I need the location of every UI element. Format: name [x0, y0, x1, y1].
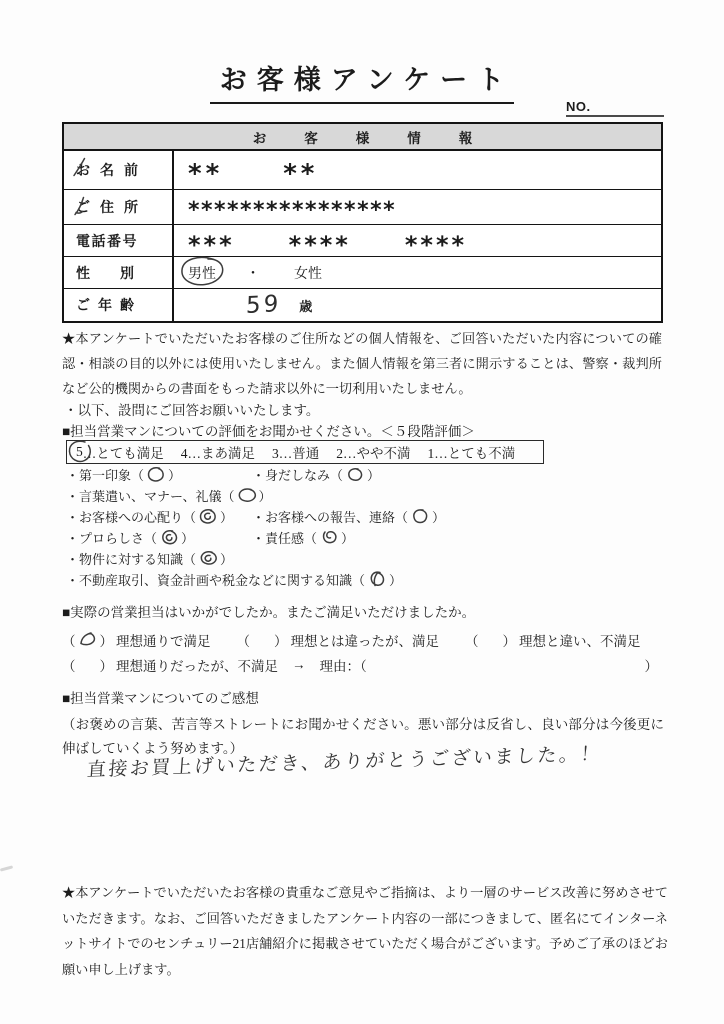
phone-label-cell: 電話番号	[64, 225, 174, 256]
question-row: ・プロらしさ （） ・責任感 （）	[66, 527, 445, 548]
paren-close: ）	[181, 528, 194, 547]
scribble-mark-icon	[343, 466, 367, 484]
phone-value-cell: *** **** ****	[174, 225, 661, 256]
age-label-cell: ご年齢	[64, 289, 174, 321]
scanned-survey-page: お客様アンケート NO. お客様情報 お名前 ** ** ご住所 *******…	[0, 0, 724, 1024]
question-item-consideration: ・お客様への心配り （）	[66, 507, 233, 526]
row-phone: 電話番号 *** **** ****	[64, 224, 661, 256]
empty-mark-slot	[479, 631, 503, 649]
gender-label-cell: 性別	[64, 257, 174, 288]
customer-info-header: お客様情報	[64, 124, 661, 151]
question-label: ・言葉遣い、マナー、礼儀	[66, 486, 221, 505]
paren-close: ）	[100, 630, 114, 650]
rating-scale-box: 5 …とても満足 4…まあ満足 3…普通 2…やや不満 1…とても不満	[66, 440, 544, 464]
paren-close: ）	[503, 630, 517, 650]
paren-open: （	[304, 528, 317, 547]
age-value-cell: 59 歳	[174, 289, 661, 321]
survey-intro: ・以下、設問にご回答お願いいたします。	[64, 399, 319, 419]
paren-open: （	[183, 549, 196, 568]
question-cell: ・お客様への心配り （）	[66, 507, 252, 526]
row-gender: 性別 男性 ・ 女性	[64, 256, 661, 288]
satisfaction-options-row1: （ ） 理想通りで満足 （ ） 理想とは違ったが、満足 （ ） 理想と違い、不満…	[62, 628, 658, 651]
question-label: ・お客様への報告、連絡	[252, 507, 395, 526]
paren-close: ）	[168, 465, 181, 484]
question-item-transaction-knowledge: ・不動産取引、資金計画や税金などに関する知識 （）	[66, 570, 402, 589]
question-row: ・お客様への心配り （） ・お客様への報告、連絡 （）	[66, 506, 445, 527]
reason-label: 理由：（	[320, 655, 367, 675]
page-title: お客様アンケート	[210, 58, 514, 104]
privacy-note: ★本アンケートでいただいたお客様のご住所などの個人情報を、ご回答いただいた内容に…	[62, 326, 662, 401]
paren-open: （	[183, 507, 196, 526]
option-label: 理想通りだったが、不満足	[116, 655, 278, 675]
paren-open: （	[395, 507, 408, 526]
question-label: ・プロらしさ	[66, 528, 144, 547]
paren-close: ）	[432, 507, 445, 526]
empty-mark-slot	[250, 631, 274, 649]
scribble-mark-icon	[196, 508, 220, 526]
gender-option-female: 女性	[294, 263, 322, 283]
phone-value: *** **** ****	[188, 233, 467, 257]
arrow-icon: →	[292, 657, 306, 673]
paren-close: ）	[220, 507, 233, 526]
form-number-field: NO.	[566, 99, 664, 117]
question-label: ・お客様への心配り	[66, 507, 183, 526]
circle-annotation-icon	[66, 439, 94, 466]
paren-close: ）	[341, 528, 354, 547]
scan-artifact	[0, 865, 13, 871]
rating-questions: ・第一印象 （） ・身だしなみ （） ・言葉遣い、マナー、礼儀 （） ・お客様へ…	[66, 464, 445, 590]
scribble-mark-icon	[365, 571, 389, 589]
scribble-mark-icon	[235, 487, 259, 505]
scribble-mark-icon	[408, 508, 432, 526]
address-label-cell: ご住所	[64, 190, 174, 224]
question-row: ・第一印象 （） ・身だしなみ （）	[66, 464, 445, 485]
question-label: ・不動産取引、資金計画や税金などに関する知識	[66, 570, 352, 589]
scale-item-2: 2…やや不満	[336, 442, 410, 462]
question-label: ・身だしなみ	[252, 465, 330, 484]
question-row: ・物件に対する知識 （）	[66, 548, 445, 569]
name-label-cell: お名前	[64, 151, 174, 189]
question-item-professionalism: ・プロらしさ （）	[66, 528, 194, 547]
paren-close: ）	[220, 549, 233, 568]
gender-value-cell: 男性 ・ 女性	[174, 257, 661, 288]
satisfaction-option-2: （ ） 理想とは違ったが、満足	[237, 630, 440, 650]
question-label: ・責任感	[252, 528, 304, 547]
row-age: ご年齢 59 歳	[64, 288, 661, 321]
satisfaction-section: ■実際の営業担当はいかがでしたか。またご満足いただけましたか。 （ ） 理想通り…	[62, 601, 658, 677]
satisfaction-option-3: （ ） 理想と違い、不満足	[465, 630, 641, 650]
gender-option-male: 男性	[188, 263, 216, 283]
question-item-property-knowledge: ・物件に対する知識 （）	[66, 549, 233, 568]
scale-item-1: 1…とても不満	[428, 442, 516, 462]
scale-item-5: 5 …とても満足	[76, 442, 164, 462]
question-label: ・第一印象	[66, 465, 131, 484]
scale-item-4: 4…まあ満足	[181, 442, 255, 462]
paren-close: ）	[259, 486, 272, 505]
title-row: お客様アンケート	[0, 58, 724, 104]
scale-5-label: …とても満足	[83, 442, 164, 462]
paren-open: （	[237, 630, 251, 650]
option-label: 理想と違い、不満足	[519, 630, 641, 650]
name-value-cell: ** **	[174, 151, 661, 189]
row-name: お名前 ** **	[64, 151, 661, 189]
paren-open: （	[330, 465, 343, 484]
satisfaction-option-4: （ ） 理想通りだったが、不満足	[62, 655, 278, 675]
paren-open: （	[131, 465, 144, 484]
address-value: ****************	[188, 200, 396, 222]
comments-heading: ■担当営業マンについてのご感想	[62, 687, 664, 707]
paren-close: ）	[367, 465, 380, 484]
question-item-responsibility: ・責任感 （）	[252, 528, 354, 547]
question-cell: ・プロらしさ （）	[66, 528, 252, 547]
paren-open: （	[465, 630, 479, 650]
question-item-grooming: ・身だしなみ （）	[252, 465, 380, 484]
slash-mark-icon	[72, 196, 88, 216]
question-label: ・物件に対する知識	[66, 549, 183, 568]
name-value: ** **	[188, 161, 318, 187]
satisfaction-options-row2: （ ） 理想通りだったが、不満足 → 理由：（ ）	[62, 653, 658, 677]
paren-close: ）	[274, 630, 288, 650]
paren-open: （	[144, 528, 157, 547]
option-label: 理想通りで満足	[116, 630, 211, 650]
slash-mark-icon	[72, 157, 88, 177]
scribble-mark-icon	[76, 631, 100, 649]
gender-label: 性別	[76, 263, 164, 283]
row-address: ご住所 ****************	[64, 189, 661, 224]
address-value-cell: ****************	[174, 190, 661, 224]
question-item-reporting: ・お客様への報告、連絡 （）	[252, 507, 445, 526]
question-row: ・不動産取引、資金計画や税金などに関する知識 （）	[66, 569, 445, 590]
paren-close: ）	[100, 655, 114, 675]
empty-mark-slot	[76, 656, 100, 674]
rating-heading: ■担当営業マンについての評価をお聞かせください。＜５段階評価＞	[62, 420, 475, 440]
satisfaction-heading: ■実際の営業担当はいかがでしたか。またご満足いただけましたか。	[62, 601, 658, 621]
phone-label: 電話番号	[76, 231, 138, 251]
question-row: ・言葉遣い、マナー、礼儀 （）	[66, 485, 445, 506]
gender-separator: ・	[246, 263, 260, 283]
satisfaction-option-1: （ ） 理想通りで満足	[62, 630, 211, 650]
question-item-manners: ・言葉遣い、マナー、礼儀 （）	[66, 486, 272, 505]
scribble-mark-icon	[317, 529, 341, 547]
paren-open: （	[221, 486, 234, 505]
question-item-first-impression: ・第一印象 （）	[66, 465, 181, 484]
scribble-mark-icon	[144, 466, 168, 484]
question-cell: ・第一印象 （）	[66, 465, 252, 484]
gender-male-text: 男性	[188, 265, 216, 281]
age-label: ご年齢	[76, 295, 142, 315]
scale-item-3: 3…普通	[272, 442, 319, 462]
scale-5-number: 5	[76, 444, 83, 460]
form-number-label: NO.	[566, 99, 591, 114]
customer-info-table: お客様情報 お名前 ** ** ご住所 **************** 電話番…	[62, 122, 663, 323]
scribble-mark-icon	[196, 550, 220, 568]
option-label: 理想とは違ったが、満足	[291, 630, 440, 650]
paren-open: （	[352, 570, 365, 589]
footer-note: ★本アンケートでいただいたお客様の貴重なご意見やご指摘は、より一層のサービス改善…	[62, 880, 668, 982]
scribble-mark-icon	[157, 529, 181, 547]
paren-open: （	[62, 655, 76, 675]
paren-open: （	[62, 630, 76, 650]
handwritten-age: 59	[246, 291, 282, 319]
reason-close-paren: ）	[645, 655, 659, 675]
age-unit: 歳	[299, 296, 312, 315]
paren-close: ）	[389, 570, 402, 589]
